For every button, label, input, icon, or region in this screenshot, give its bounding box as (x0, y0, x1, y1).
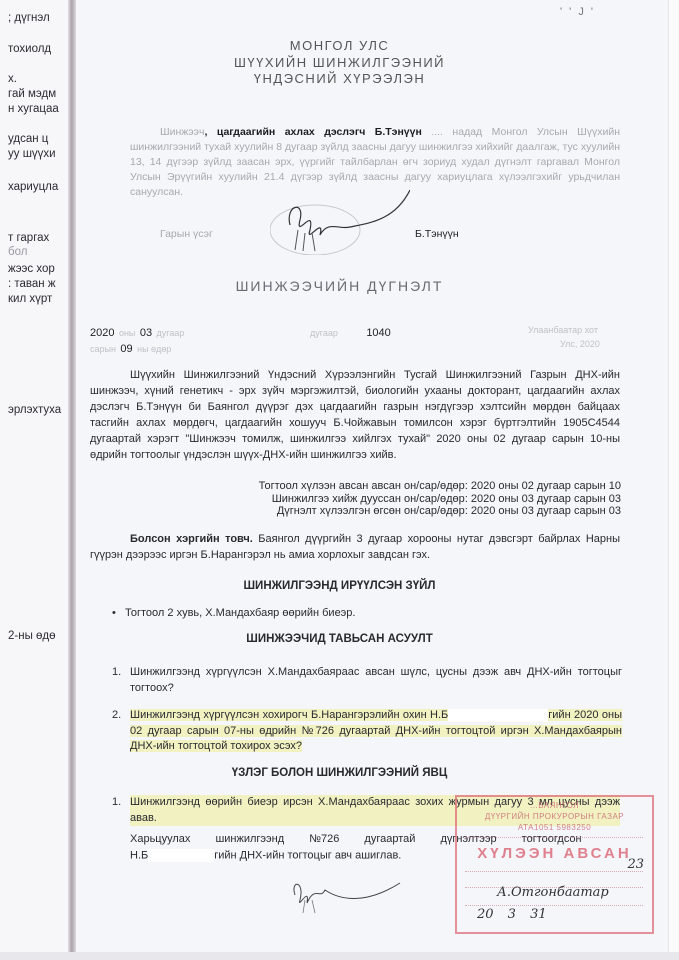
header-institute-line1: ШҮҮХИЙН ШИНЖИЛГЭЭНИЙ (0, 55, 679, 70)
date-value: 2020 оны 03 дугаар сарын 03 (471, 505, 621, 517)
submitted-item: • Тогтоол 2 хувь, Х.Мандахбаяр өөрийн би… (112, 607, 355, 619)
strip-line: удсан ц (8, 133, 70, 145)
stamp-text: ...БАЯНГОЛ (457, 801, 652, 810)
stamp-text: АТА1051 5983250 (457, 823, 652, 832)
signature-icon (270, 185, 410, 255)
section-title-submitted: ШИНЖИЛГЭЭНД ИРҮҮЛСЭН ЗҮЙЛ (0, 580, 679, 592)
question-number: 1. (112, 665, 121, 681)
number-label: дугаар (310, 328, 338, 338)
intro-paragraph: Шүүхийн Шинжилгээний Үндэсний Хүрээлэнги… (90, 367, 620, 463)
place-line-1: Улаанбаатар хот (528, 325, 598, 335)
date-month-suffix: дугаар (157, 328, 185, 338)
signature-icon (285, 875, 405, 915)
header-country: МОНГОЛ УЛС (0, 38, 679, 53)
date-label: Шинжилгээ хийж дууссан он/сар/өдөр: (272, 493, 468, 505)
case-summary: Болсон хэргийн товч. Баянгол дүүргийн 3 … (90, 531, 620, 563)
page-edge (668, 0, 679, 960)
dates-block: Тогтоол хүлээн авсан авсан он/сар/өдөр: … (259, 480, 621, 518)
signature-name: Б.Тэнүүн (415, 228, 459, 240)
date-day: 09 (120, 343, 132, 355)
stamp-handwritten-date: 20 3 31 (477, 907, 547, 922)
date-row: Шинжилгээ хийж дууссан он/сар/өдөр: 2020… (259, 493, 621, 506)
question-text-part: Шинжилгээнд хүргүүлсэн хохирогч Б.Наранг… (130, 709, 448, 721)
signature-label: Гарын үсэг (160, 228, 213, 240)
document-page: ; дүгнэл тохиолд х. гай мэдм н хугацаа у… (0, 0, 679, 960)
document-number: дугаар 1040 (310, 323, 391, 341)
date-line-2: сарын 09 ны өдөр (90, 339, 171, 357)
comparison-line-2: Н.Бгийн ДНХ-ийн тогтоцыг авч ашиглав. (130, 849, 401, 862)
process-number: 1. (112, 795, 121, 811)
date-row: Дүгнэлт хүлээлгэн өгсөн он/сар/өдөр: 202… (259, 505, 621, 518)
date-day-suffix: ны өдөр (137, 344, 171, 354)
page-edge (0, 952, 679, 960)
date-value: 2020 оны 03 дугаар сарын 03 (471, 493, 621, 505)
document-title: ШИНЖЭЭЧИЙН ДҮГНЭЛТ (0, 278, 679, 294)
strip-line: н хугацаа (8, 103, 70, 115)
date-day-prefix: сарын (90, 344, 116, 354)
expert-name-bold: , цагдаагийн ахлах дэслэгч Б.Тэнүүн (205, 126, 422, 138)
stamp-divider (465, 871, 643, 872)
comparison-text: гийн ДНХ-ийн тогтоцыг авч ашиглав. (214, 849, 401, 861)
strip-line: хариуцла (8, 181, 70, 193)
strip-line: т гаргах (8, 232, 70, 244)
number-value: 1040 (366, 327, 390, 339)
case-summary-label: Болсон хэргийн товч. (130, 533, 253, 545)
date-label: Дүгнэлт хүлээлгэн өгсөн он/сар/өдөр: (277, 505, 468, 517)
place-line-2: Улс, 2020 (560, 339, 600, 349)
redacted-block (148, 849, 214, 862)
strip-line: кил хүрт (8, 293, 70, 305)
adjacent-page-strip: ; дүгнэл тохиолд х. гай мэдм н хугацаа у… (0, 0, 72, 960)
strip-line: ; дүгнэл (8, 12, 70, 24)
date-month: 03 (140, 327, 152, 339)
section-title-questions: ШИНЖЭЭЧИД ТАВЬСАН АСУУЛТ (0, 633, 679, 645)
strip-line: бол (8, 246, 70, 258)
strip-line: жээс хор (8, 263, 70, 275)
strip-line: эрлэхтуха (8, 404, 70, 416)
strip-line: уу шүүхи (8, 148, 70, 160)
date-value: 2020 оны 02 дугаар сарын 10 (471, 480, 621, 492)
stamp-title: ХҮЛЭЭН АВСАН (457, 845, 652, 862)
question-text: Шинжилгээнд хүргүүлсэн хохирогч Б.Наранг… (130, 708, 622, 755)
date-row: Тогтоол хүлээн авсан авсан он/сар/өдөр: … (259, 480, 621, 493)
comparison-prefix: Н.Б (130, 849, 148, 861)
stamp-divider (465, 905, 643, 906)
header-institute-line2: ҮНДЭСНИЙ ХҮРЭЭЛЭН (0, 71, 679, 86)
question-number: 2. (112, 708, 121, 724)
redacted-block (448, 709, 548, 722)
stamp-divider (465, 837, 643, 838)
question-item: 1. Шинжилгээнд хүргүүлсэн Х.Мандахбаяраа… (112, 665, 622, 696)
stamp-handwritten-number: 23 (627, 857, 644, 872)
question-text: Шинжилгээнд хүргүүлсэн Х.Мандахбаяраас а… (130, 665, 622, 696)
stamp-text: ДҮҮРГИЙН ПРОКУРОРЫН ГАЗАР (457, 812, 652, 821)
bullet-icon: • (112, 607, 116, 619)
question-item: 2. Шинжилгээнд хүргүүлсэн хохирогч Б.Нар… (112, 708, 622, 755)
received-stamp: ...БАЯНГОЛ ДҮҮРГИЙН ПРОКУРОРЫН ГАЗАР АТА… (455, 795, 654, 934)
date-label: Тогтоол хүлээн авсан авсан он/сар/өдөр: (259, 480, 468, 492)
strip-line: гай мэдм (8, 88, 70, 100)
date-year: 2020 (90, 327, 114, 339)
page-fold-shadow (68, 0, 76, 960)
stamp-handwritten-name: А.Отгонбаатар (497, 885, 609, 900)
date-year-suffix: оны (119, 328, 135, 338)
submitted-item-text: Тогтоол 2 хувь, Х.Мандахбаяр өөрийн биеэ… (125, 607, 355, 619)
section-title-process: ҮЗЛЭГ БОЛОН ШИНЖИЛГЭЭНИЙ ЯВЦ (0, 767, 679, 779)
warning-lead: Шинжээч (160, 126, 205, 138)
page-corner-number: ' ' J ' (560, 6, 595, 18)
